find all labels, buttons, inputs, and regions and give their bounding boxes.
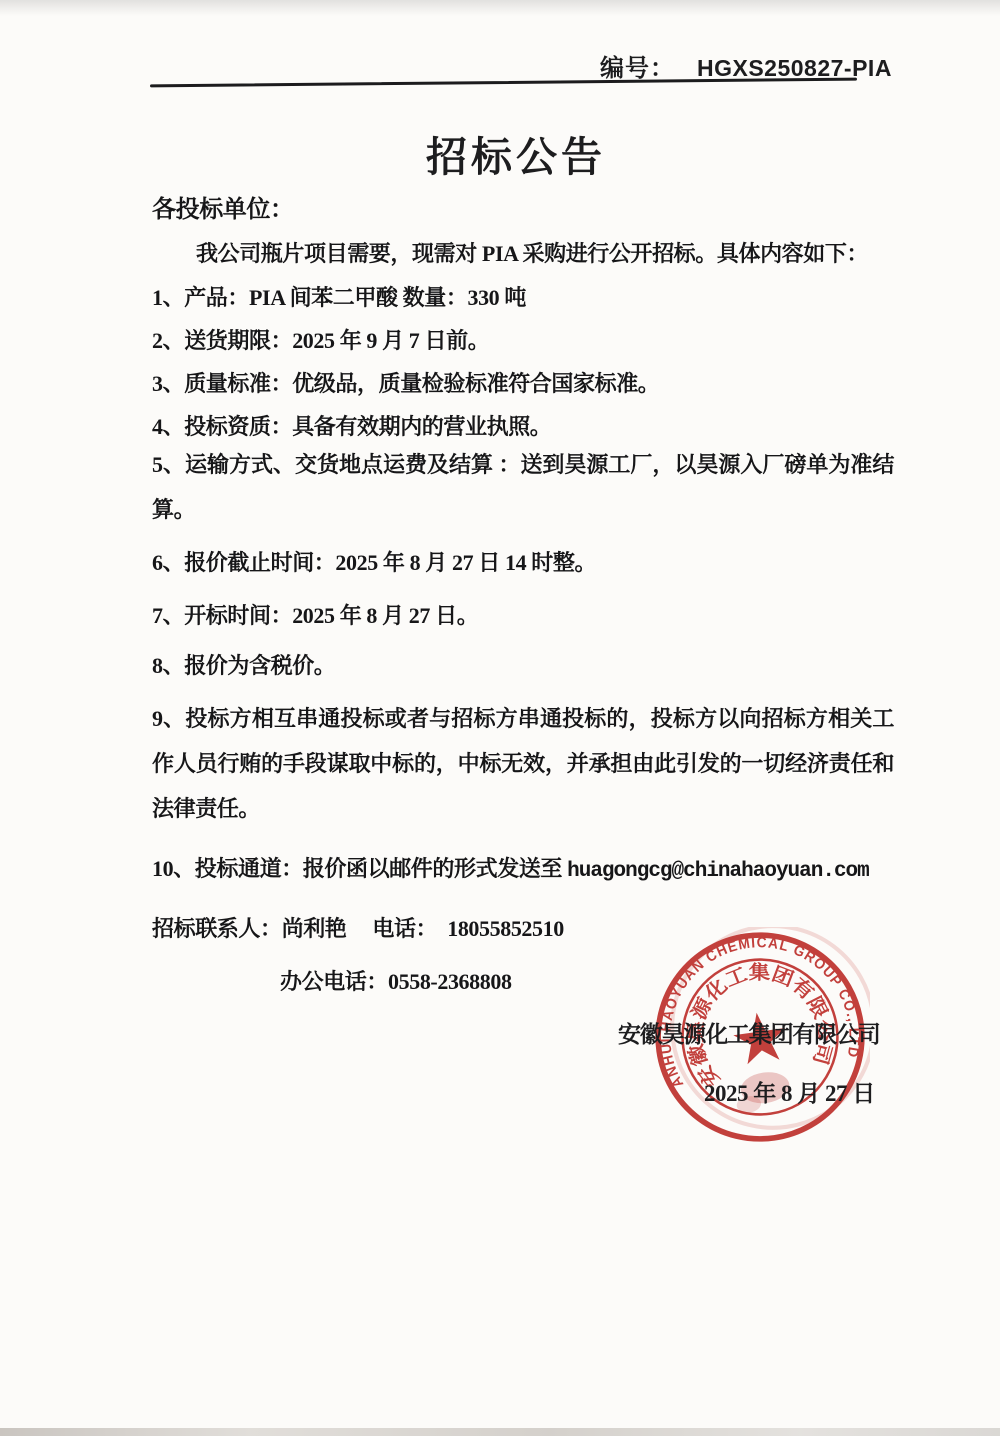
bid-email: huagongcg@chinahaoyuan.com (567, 860, 869, 883)
item-4-bidder-qualification: 4、投标资质：具备有效期内的营业执照。 (152, 410, 551, 441)
item-7-bid-opening-time: 7、开标时间：2025 年 8 月 27 日。 (152, 599, 478, 630)
intro-paragraph: 我公司瓶片项目需要，现需对 PIA 采购进行公开招标。具体内容如下： (196, 237, 868, 268)
scan-edge-bottom (0, 1428, 1000, 1436)
item-1-product: 1、产品：PIA 间苯二甲酸 数量：330 吨 (152, 281, 526, 312)
tender-announcement-scan: 编号：HGXS250827-PIA 招标公告 各投标单位： 我公司瓶片项目需要，… (0, 0, 1000, 1436)
office-phone-label: 办公电话： (280, 969, 388, 994)
signature-company-name: 安徽昊源化工集团有限公司 (618, 1016, 880, 1049)
bid-channel-text: 10、投标通道：报价函以邮件的形式发送至 (152, 856, 567, 881)
item-10-bid-channel: 10、投标通道：报价函以邮件的形式发送至 huagongcg@chinahaoy… (152, 852, 869, 883)
contact-phone-label: 电话： (372, 916, 437, 941)
contact-line: 招标联系人：尚利艳电话：18055852510 (152, 912, 564, 943)
doc-number: 编号：HGXS250827-PIA (600, 48, 892, 78)
doc-number-value: HGXS250827-PIA (697, 55, 892, 81)
page-title: 招标公告 (0, 124, 1000, 183)
office-phone: 0558-2368808 (388, 969, 512, 994)
signature-date: 2025 年 8 月 27 日 (704, 1075, 875, 1108)
item-5-transport-settlement: 5、运输方式、交货地点运费及结算 ：送到昊源工厂，以昊源入厂磅单为准结算。 (152, 442, 894, 532)
scan-edge-top (0, 0, 1000, 16)
contact-label: 招标联系人： (152, 916, 282, 941)
item-6-quote-deadline: 6、报价截止时间：2025 年 8 月 27 日 14 时整。 (152, 546, 596, 577)
office-phone-line: 办公电话：0558-2368808 (280, 965, 512, 996)
contact-name: 尚利艳 (282, 916, 347, 941)
header-underline (150, 78, 857, 88)
salutation: 各投标单位： (152, 189, 294, 224)
item-2-delivery-deadline: 2、送货期限：2025 年 9 月 7 日前。 (152, 324, 489, 355)
item-9-collusion-clause: 9、投标方相互串通投标或者与招标方串通投标的，投标方以向招标方相关工作人员行贿的… (152, 696, 894, 831)
item-3-quality-standard: 3、质量标准：优级品，质量检验标准符合国家标准。 (152, 367, 659, 398)
doc-number-label: 编号： (600, 56, 675, 82)
contact-phone: 18055852510 (447, 916, 564, 941)
item-8-tax-included: 8、报价为含税价。 (152, 649, 335, 680)
